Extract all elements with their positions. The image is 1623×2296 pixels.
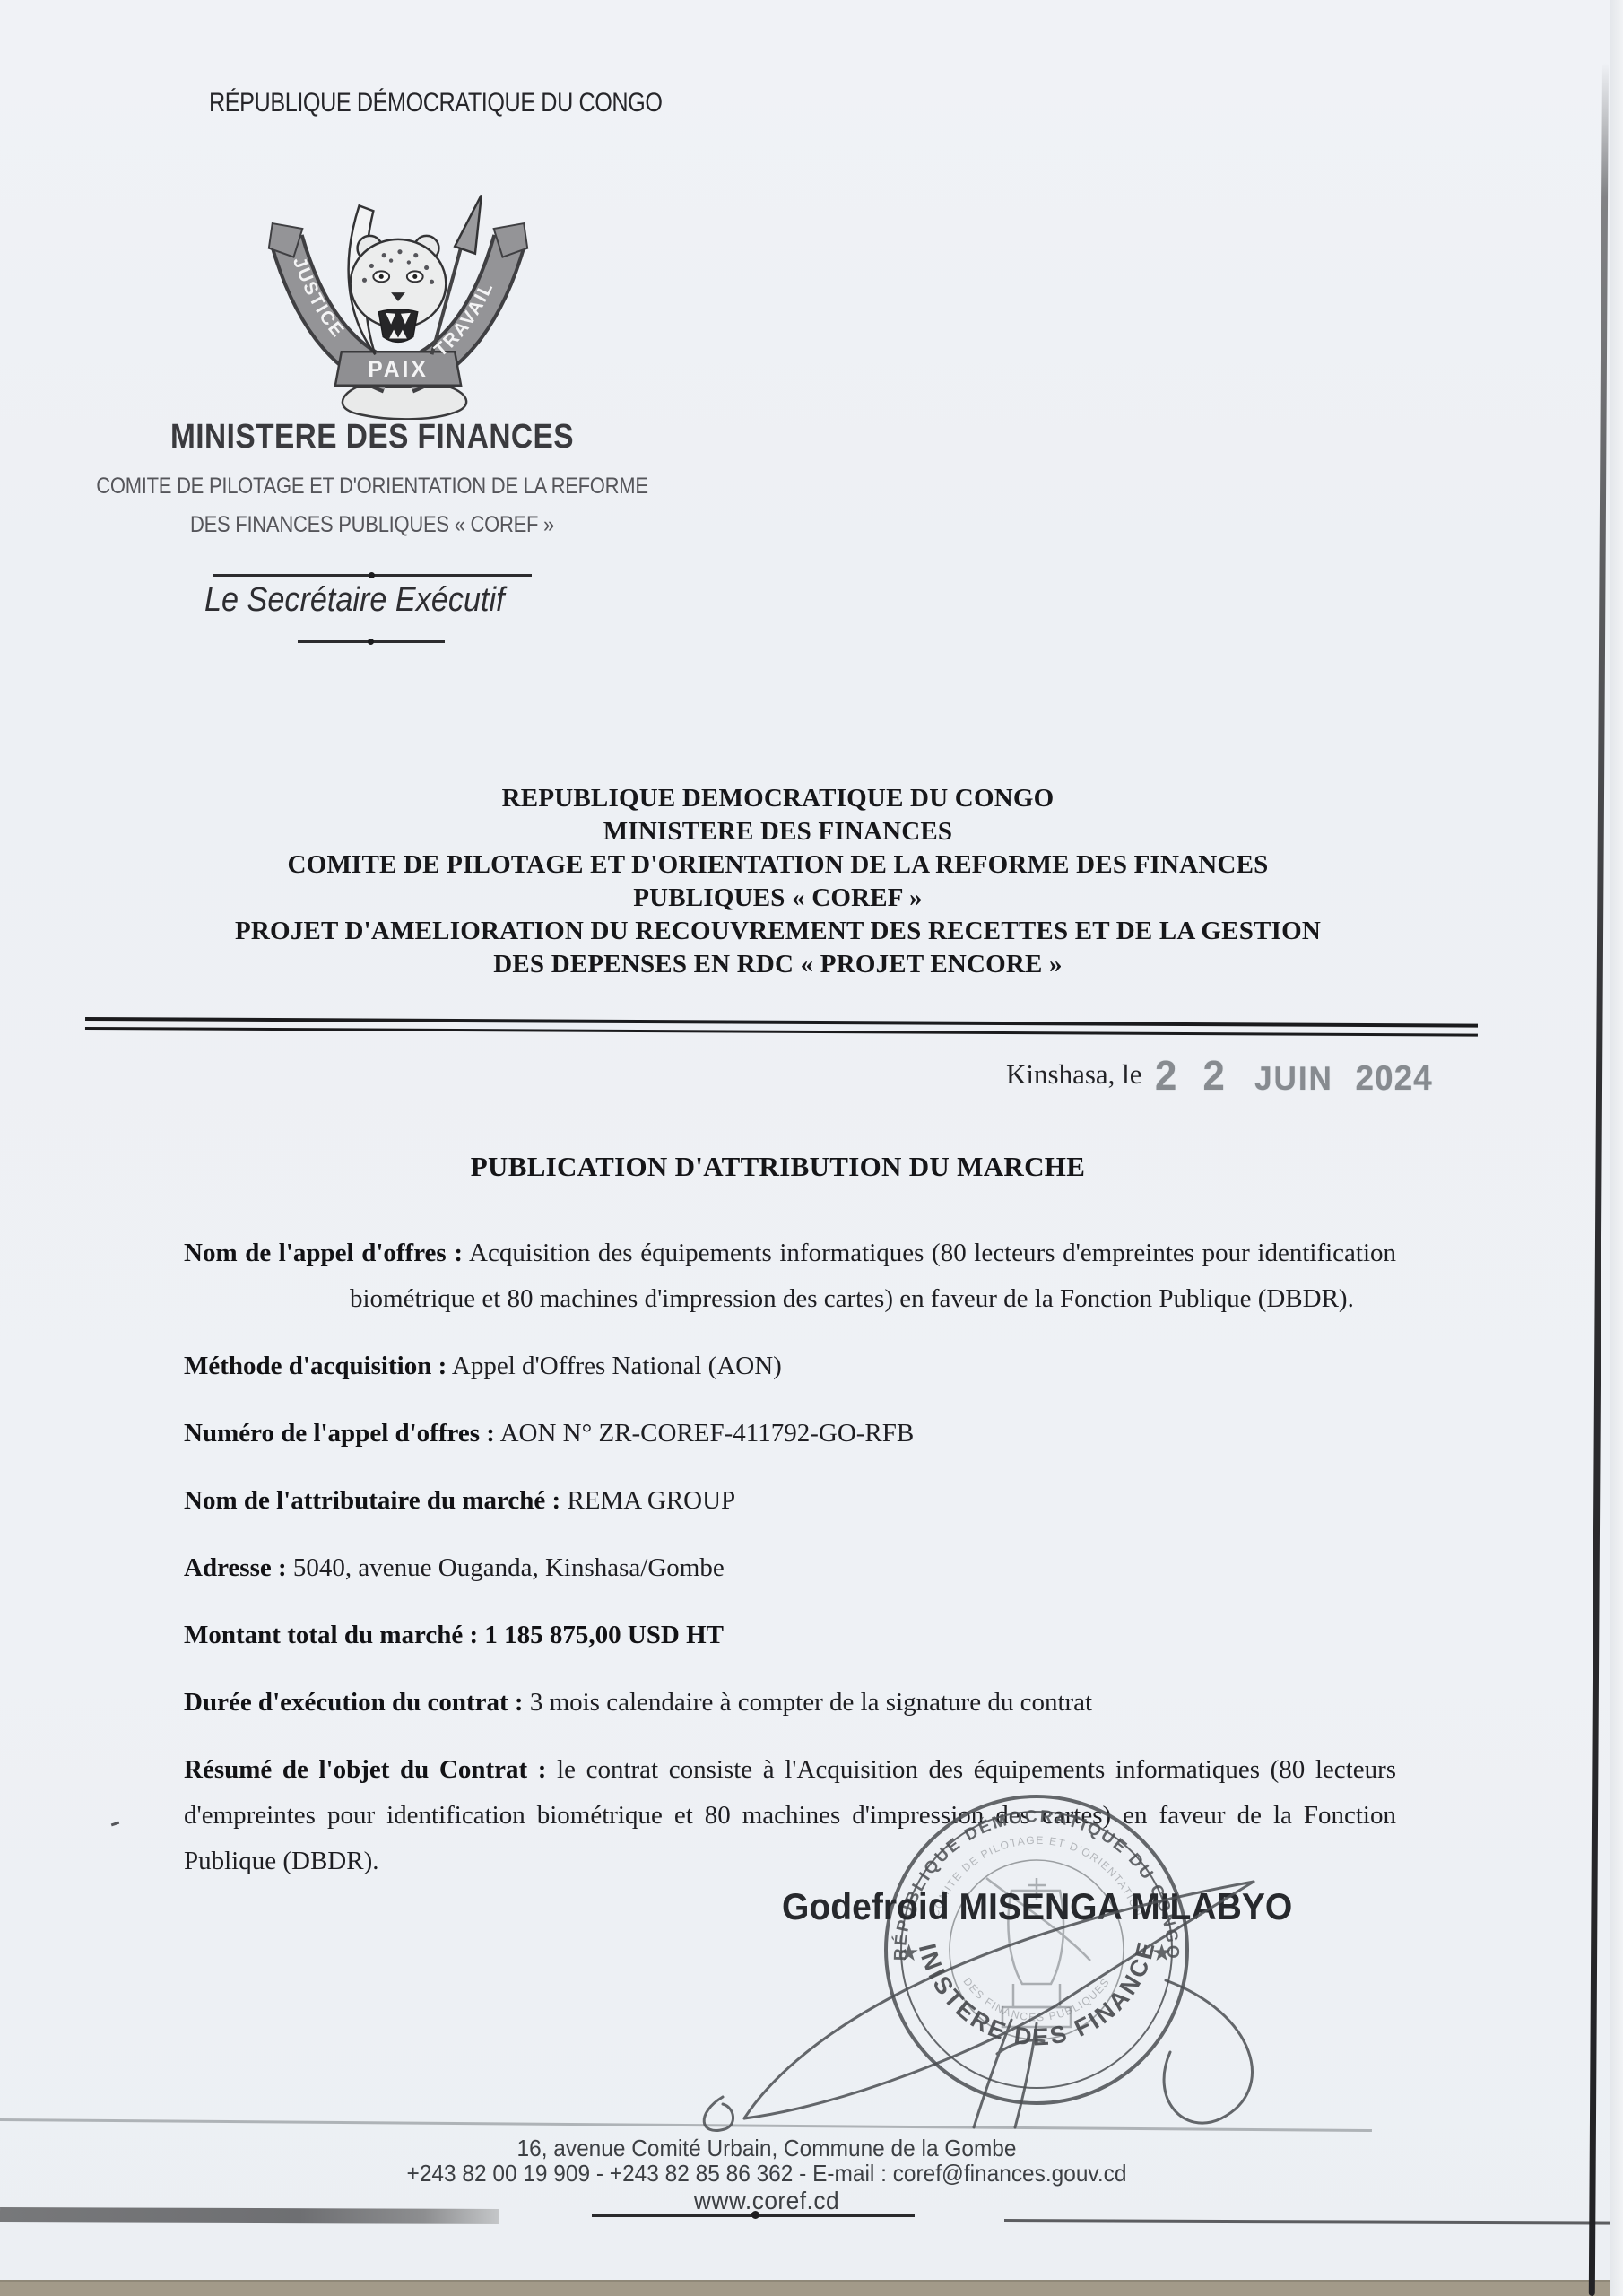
scanned-document-page: RÉPUBLIQUE DÉMOCRATIQUE DU CONGO [0, 0, 1623, 2296]
field-label: Adresse : [184, 1553, 287, 1582]
country-header: RÉPUBLIQUE DÉMOCRATIQUE DU CONGO [209, 88, 663, 118]
motto-paix-label: PAIX [368, 358, 429, 382]
scan-bottom-edge [0, 2280, 1623, 2296]
field-label: Nom de l'attributaire du marché : [184, 1486, 560, 1515]
drc-coat-of-arms: JUSTICE TRAVAIL PAIX [256, 179, 540, 420]
field-label: Méthode d'acquisition : [184, 1352, 447, 1380]
separator-top [213, 574, 532, 577]
date-stamp: 2 2 JUIN 2024 [1155, 1051, 1433, 1100]
field-duree: Durée d'exécution du contrat : 3 mois ca… [184, 1680, 1396, 1726]
field-value: Acquisition des équipements informatique… [350, 1239, 1396, 1313]
scan-speck [111, 1822, 119, 1827]
double-horizontal-rule [85, 1017, 1478, 1037]
field-value: REMA GROUP [567, 1486, 735, 1515]
signatory-title: Le Secrétaire Exécutif [204, 581, 503, 620]
field-value: Appel d'Offres National (AON) [452, 1352, 782, 1380]
letterhead-committee: COMITE DE PILOTAGE ET D'ORIENTATION DE L… [88, 467, 656, 544]
footer-separator-left [0, 2207, 499, 2224]
footer-separator-right [1004, 2219, 1623, 2225]
letterhead-block: MINISTERE DES FINANCES COMITE DE PILOTAG… [49, 418, 695, 544]
field-attributaire: Nom de l'attributaire du marché : REMA G… [184, 1478, 1396, 1524]
field-value: 5040, avenue Ouganda, Kinshasa/Gombe [293, 1553, 725, 1582]
date-stamp-day: 2 2 [1155, 1051, 1232, 1100]
field-methode: Méthode d'acquisition : Appel d'Offres N… [184, 1344, 1396, 1389]
date-stamp-year: 2024 [1356, 1059, 1433, 1099]
field-value: AON N° ZR-COREF-411792-GO-RFB [500, 1419, 915, 1448]
page-title: PUBLICATION D'ATTRIBUTION DU MARCHE [85, 1151, 1471, 1183]
footer-separator-dot [751, 2211, 759, 2219]
field-adresse: Adresse : 5040, avenue Ouganda, Kinshasa… [184, 1545, 1396, 1591]
field-label: Nom de l'appel d'offres : [184, 1239, 463, 1267]
field-label: Résumé de l'objet du Contrat : [184, 1755, 546, 1784]
letterhead-ministry: MINISTERE DES FINANCES [88, 418, 656, 457]
handwritten-signature [681, 1830, 1309, 2152]
field-value: 1 185 875,00 USD HT [484, 1621, 724, 1649]
separator-bottom [298, 640, 445, 643]
document-title-block: REPUBLIQUE DEMOCRATIQUE DU CONGO MINISTE… [85, 782, 1471, 981]
dateline-place: Kinshasa, le [1006, 1058, 1142, 1091]
scan-right-edge-light [1610, 0, 1623, 2296]
field-label: Durée d'exécution du contrat : [184, 1688, 524, 1717]
field-label: Numéro de l'appel d'offres : [184, 1419, 495, 1448]
field-value: 3 mois calendaire à compter de la signat… [530, 1688, 1092, 1717]
spear-head [455, 195, 482, 253]
fields-section: Nom de l'appel d'offres : Acquisition de… [184, 1231, 1396, 1906]
field-label: Montant total du marché : [184, 1621, 478, 1649]
field-montant: Montant total du marché : 1 185 875,00 U… [184, 1613, 1396, 1658]
emblem-base-rock [343, 387, 466, 420]
field-numero: Numéro de l'appel d'offres : AON N° ZR-C… [184, 1411, 1396, 1457]
scan-right-edge-line [1589, 63, 1609, 2296]
footer-contacts: +243 82 00 19 909 - +243 82 85 86 362 - … [172, 2160, 1360, 2187]
field-appel-offres: Nom de l'appel d'offres : Acquisition de… [184, 1231, 1396, 1322]
date-stamp-month: JUIN [1254, 1060, 1333, 1098]
